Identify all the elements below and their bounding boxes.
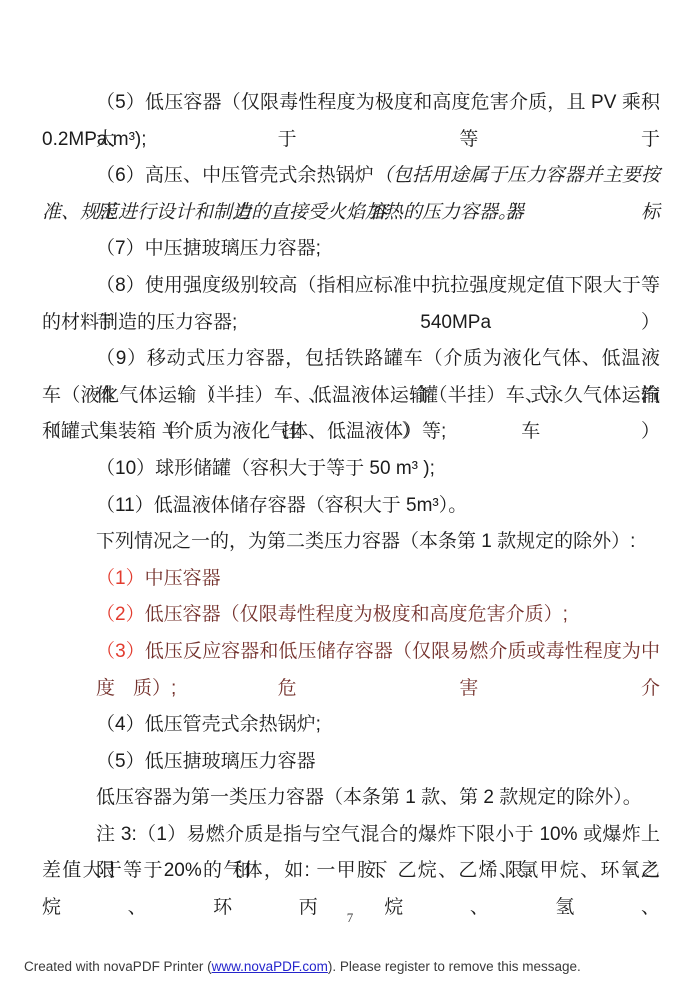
text-segment: 低压容器为第一类压力容器（本条第 1 款、第 2 款规定的除外）。: [96, 787, 642, 808]
text-segment: （6）高压、中压管壳式余热锅炉: [96, 165, 374, 186]
text-segment: 的材料制造的压力容器;: [42, 312, 237, 333]
text-segment: 下列情况之一的，为第二类压力容器（本条第 1 款规定的除外）:: [96, 531, 635, 552]
text-segment: 低压反应容器和低压储存容器（仅限易燃介质或毒性程度为中度危害介: [96, 641, 660, 699]
text-line: （5）低压搪玻璃压力容器: [42, 744, 660, 781]
footer-text-suffix: ). Please register to remove this messag…: [328, 959, 581, 974]
text-segment: （11）低温液体储存容器（容积大于 5m³）。: [96, 495, 467, 516]
text-segment: （1）: [96, 568, 145, 589]
page-number: 7: [0, 910, 700, 926]
text-segment: 准、规范进行设计和制造的直接受火焰加热的压力容器。）: [42, 202, 527, 223]
text-line: （9）移动式压力容器，包括铁路罐车（介质为液化气体、低温液体）、罐式汽: [42, 341, 660, 378]
text-line: （11）低温液体储存容器（容积大于 5m³）。: [42, 488, 660, 525]
text-segment: 质）;: [133, 678, 176, 699]
text-segment: 和罐式集装箱（介质为液化气体、低温液体）等;: [42, 421, 446, 442]
text-segment: 0.2MPa.m³);: [42, 129, 147, 150]
text-line: 下列情况之一的，为第二类压力容器（本条第 1 款规定的除外）:: [42, 524, 660, 561]
text-segment: （7）中压搪玻璃压力容器;: [96, 238, 321, 259]
text-line: （1）中压容器: [42, 561, 660, 598]
text-line: 车（液化气体运输（半挂）车、低温液体运输（半挂）车、永久气体运输（半挂）车）: [42, 378, 660, 415]
text-segment: 低压容器（仅限毒性程度为极度和高度危害介质）;: [145, 604, 568, 625]
text-line: （8）使用强度级别较高（指相应标准中抗拉强度规定值下限大于等于 540MPa）: [42, 268, 660, 305]
text-line: （7）中压搪玻璃压力容器;: [42, 231, 660, 268]
footer-text-prefix: Created with novaPDF Printer (: [24, 959, 212, 974]
novapdf-link[interactable]: www.novaPDF.com: [212, 959, 328, 974]
text-line: （3）低压反应容器和低压储存容器（仅限易燃介质或毒性程度为中度危害介: [42, 634, 660, 671]
document-body: （5）低压容器（仅限毒性程度为极度和高度危害介质，且 PV 乘积大于等于0.2M…: [42, 85, 660, 890]
document-page: （5）低压容器（仅限毒性程度为极度和高度危害介质，且 PV 乘积大于等于0.2M…: [0, 0, 700, 989]
text-segment: 中压容器: [145, 568, 221, 589]
text-line: （4）低压管壳式余热锅炉;: [42, 707, 660, 744]
text-line: （2）低压容器（仅限毒性程度为极度和高度危害介质）;: [42, 597, 660, 634]
text-segment: （5）低压搪玻璃压力容器: [96, 751, 316, 772]
text-segment: （3）: [96, 641, 145, 662]
text-line: 低压容器为第一类压力容器（本条第 1 款、第 2 款规定的除外）。: [42, 780, 660, 817]
text-line: 注 3:（1）易燃介质是指与空气混合的爆炸下限小于 10% 或爆炸上限和下限之: [42, 817, 660, 854]
text-line: （5）低压容器（仅限毒性程度为极度和高度危害介质，且 PV 乘积大于等于: [42, 85, 660, 122]
text-segment: （2）: [96, 604, 145, 625]
text-segment: （4）低压管壳式余热锅炉;: [96, 714, 321, 735]
text-segment: （10）球形储罐（容积大于等于 50 m³ );: [96, 458, 435, 479]
text-line: （6）高压、中压管壳式余热锅炉（包括用途属于压力容器并主要按压力容器标: [42, 158, 660, 195]
text-line: 差值大于等于20%的气体，如: 一甲胺、乙烷、乙烯、氯甲烷、环氧乙烷、环丙烷、氢…: [42, 853, 660, 890]
text-line: （10）球形储罐（容积大于等于 50 m³ );: [42, 451, 660, 488]
pdf-watermark-footer: Created with novaPDF Printer (www.novaPD…: [24, 959, 581, 974]
text-segment: （5）低压容器（仅限毒性程度为极度和高度危害介质，且 PV 乘积大于等于: [96, 92, 660, 150]
